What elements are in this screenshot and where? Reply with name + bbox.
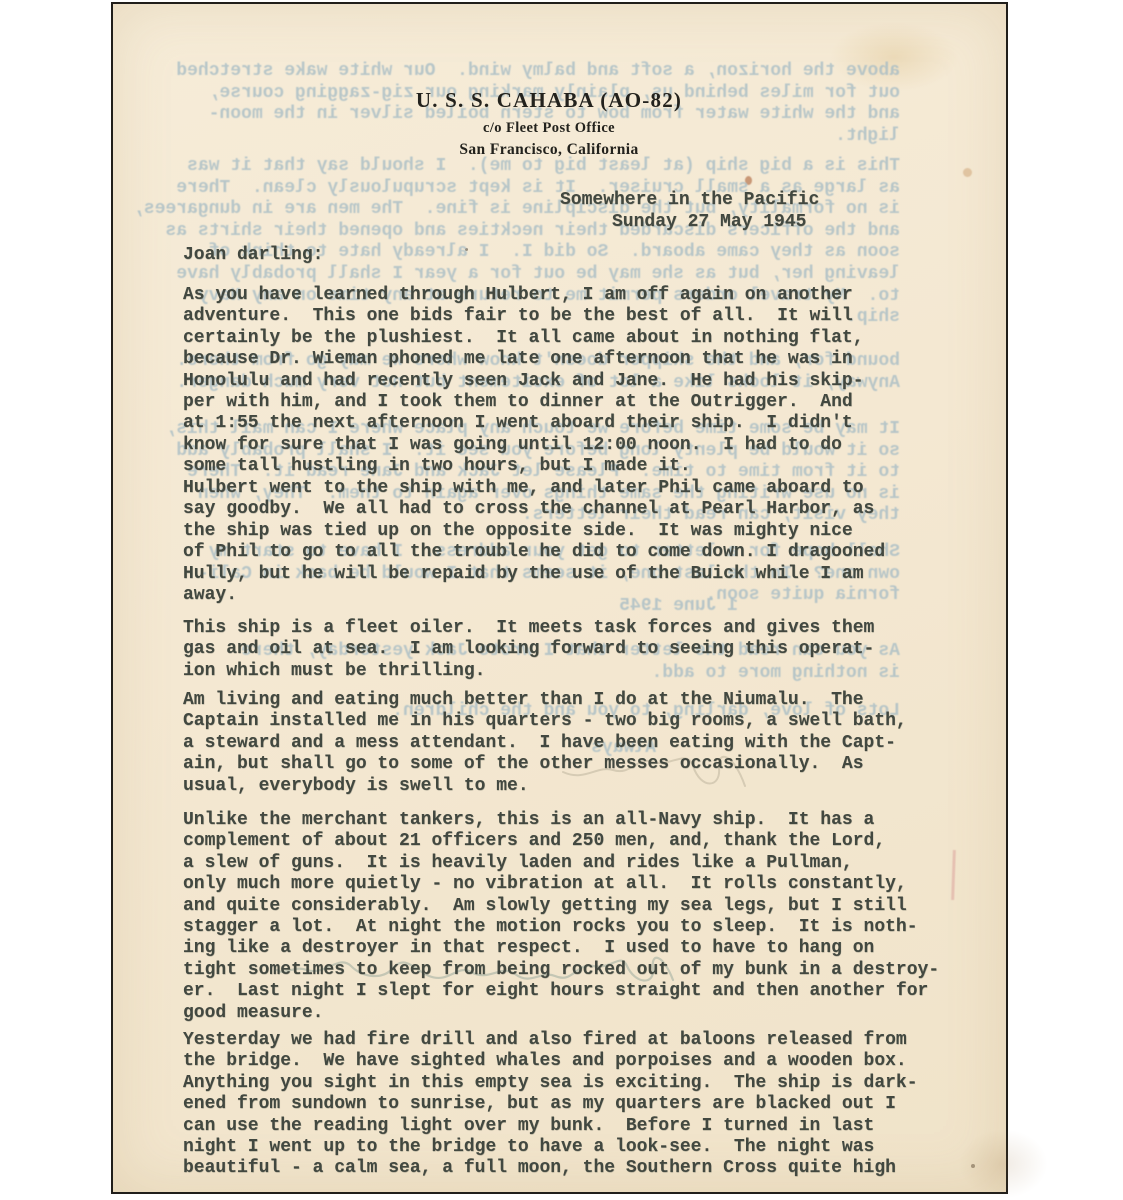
letter-paragraph: Unlike the merchant tankers, this is an … xyxy=(183,810,939,1024)
letter-paragraph: As you have learned through Hulbert, I a… xyxy=(183,285,864,478)
letter-paragraph: Am living and eating much better than I … xyxy=(183,690,907,797)
letter-paragraph: Hulbert went to the ship with me, and la… xyxy=(183,478,885,606)
stain xyxy=(958,1129,1048,1199)
letter-paragraph: Yesterday we had fire drill and also fir… xyxy=(183,1030,918,1180)
letterhead-city-line: San Francisco, California xyxy=(459,141,638,159)
pencil-mark xyxy=(951,850,956,900)
dateline-date: Sunday 27 May 1945 xyxy=(612,212,806,233)
scan-background: above the horizon, a soft and balmy wind… xyxy=(0,0,1123,1200)
letterhead-ship-name: U. S. S. CAHABA (AO-82) xyxy=(416,88,682,113)
dateline-place: Somewhere in the Pacific xyxy=(560,190,819,211)
letterhead-address-line: c/o Fleet Post Office xyxy=(483,120,615,137)
letter-paragraph: This ship is a fleet oiler. It meets tas… xyxy=(183,618,874,682)
stain xyxy=(971,1164,975,1168)
salutation: Joan darling: xyxy=(183,245,323,266)
letter-page: above the horizon, a soft and balmy wind… xyxy=(111,2,1008,1194)
